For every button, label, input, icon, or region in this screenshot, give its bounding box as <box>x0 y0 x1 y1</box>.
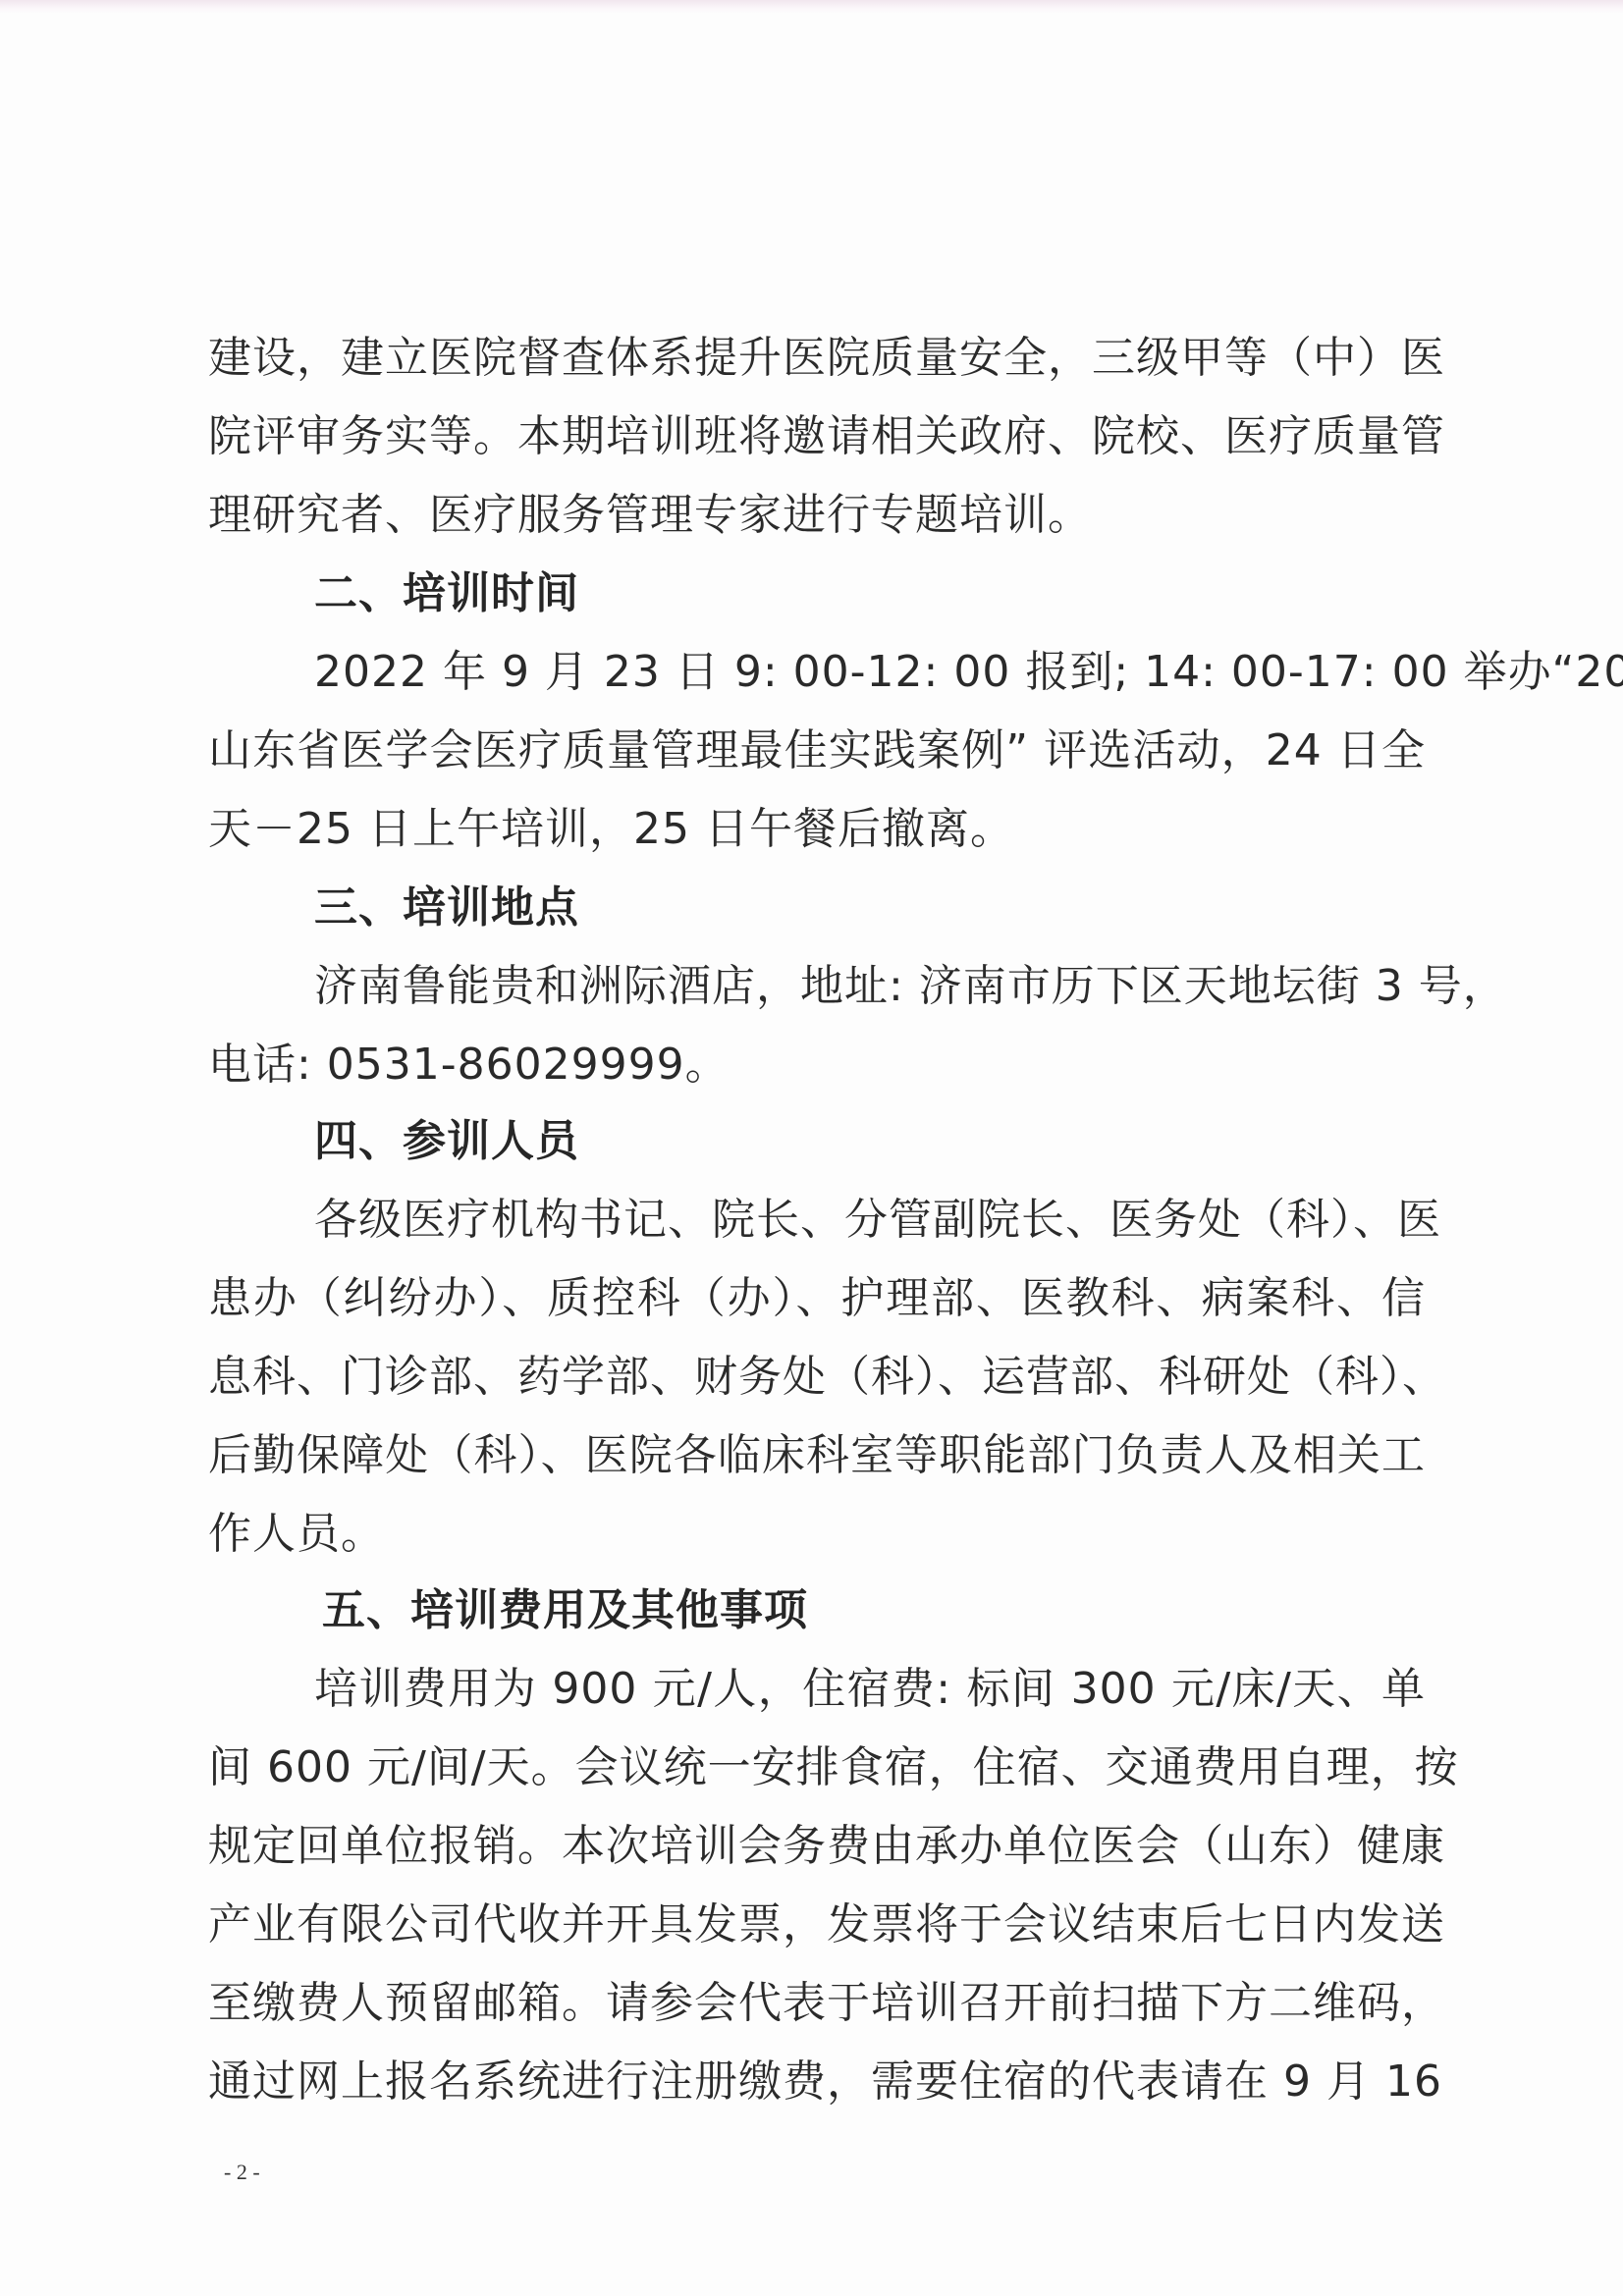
training-location-line-2: 电话: 0531-86029999。 <box>208 1036 1426 1095</box>
intro-line-2: 院评审务实等。本期培训班将邀请相关政府、院校、医疗质量管 <box>208 407 1426 466</box>
training-time-line-3: 天－25 日上午培训，25 日午餐后撤离。 <box>208 800 1426 859</box>
section-heading-fees: 五、培训费用及其他事项 <box>322 1581 808 1640</box>
training-location-line-1: 济南鲁能贵和洲际酒店，地址: 济南市历下区天地坛街 3 号， <box>314 957 1426 1016</box>
training-time-line-2: 山东省医学会医疗质量管理最佳实践案例” 评选活动，24 日全 <box>208 721 1426 780</box>
intro-line-1: 建设，建立医院督查体系提升医院质量安全，三级甲等（中）医 <box>208 329 1426 388</box>
section-heading-training-time: 二、培训时间 <box>314 564 579 623</box>
fees-line-4: 产业有限公司代收并开具发票，发票将于会议结束后七日内发送 <box>208 1896 1426 1954</box>
scan-edge-band <box>0 0 1623 14</box>
fees-line-1: 培训费用为 900 元/人，住宿费: 标间 300 元/床/天、单 <box>314 1660 1426 1719</box>
participants-line-1: 各级医疗机构书记、院长、分管副院长、医务处（科）、医 <box>314 1191 1426 1250</box>
participants-line-4: 后勤保障处（科）、医院各临床科室等职能部门负责人及相关工 <box>208 1426 1426 1485</box>
fees-line-3: 规定回单位报销。本次培训会务费由承办单位医会（山东）健康 <box>208 1817 1426 1876</box>
intro-line-3: 理研究者、医疗服务管理专家进行专题培训。 <box>208 486 1426 545</box>
participants-line-5: 作人员。 <box>208 1505 1426 1564</box>
participants-line-3: 息科、门诊部、药学部、财务处（科）、运营部、科研处（科）、 <box>208 1348 1426 1407</box>
fees-line-5: 至缴费人预留邮箱。请参会代表于培训召开前扫描下方二维码， <box>208 1974 1426 2033</box>
page-number: - 2 - <box>224 2160 260 2185</box>
participants-line-2: 患办（纠纷办）、质控科（办）、护理部、医教科、病案科、信 <box>208 1269 1426 1328</box>
fees-line-2: 间 600 元/间/天。会议统一安排食宿，住宿、交通费用自理，按 <box>208 1738 1426 1797</box>
section-heading-training-location: 三、培训地点 <box>314 879 579 937</box>
fees-line-6: 通过网上报名系统进行注册缴费，需要住宿的代表请在 9 月 16 <box>208 2053 1426 2111</box>
section-heading-participants: 四、参训人员 <box>314 1112 579 1171</box>
training-time-line-1: 2022 年 9 月 23 日 9: 00-12: 00 报到; 14: 00-… <box>314 643 1426 702</box>
